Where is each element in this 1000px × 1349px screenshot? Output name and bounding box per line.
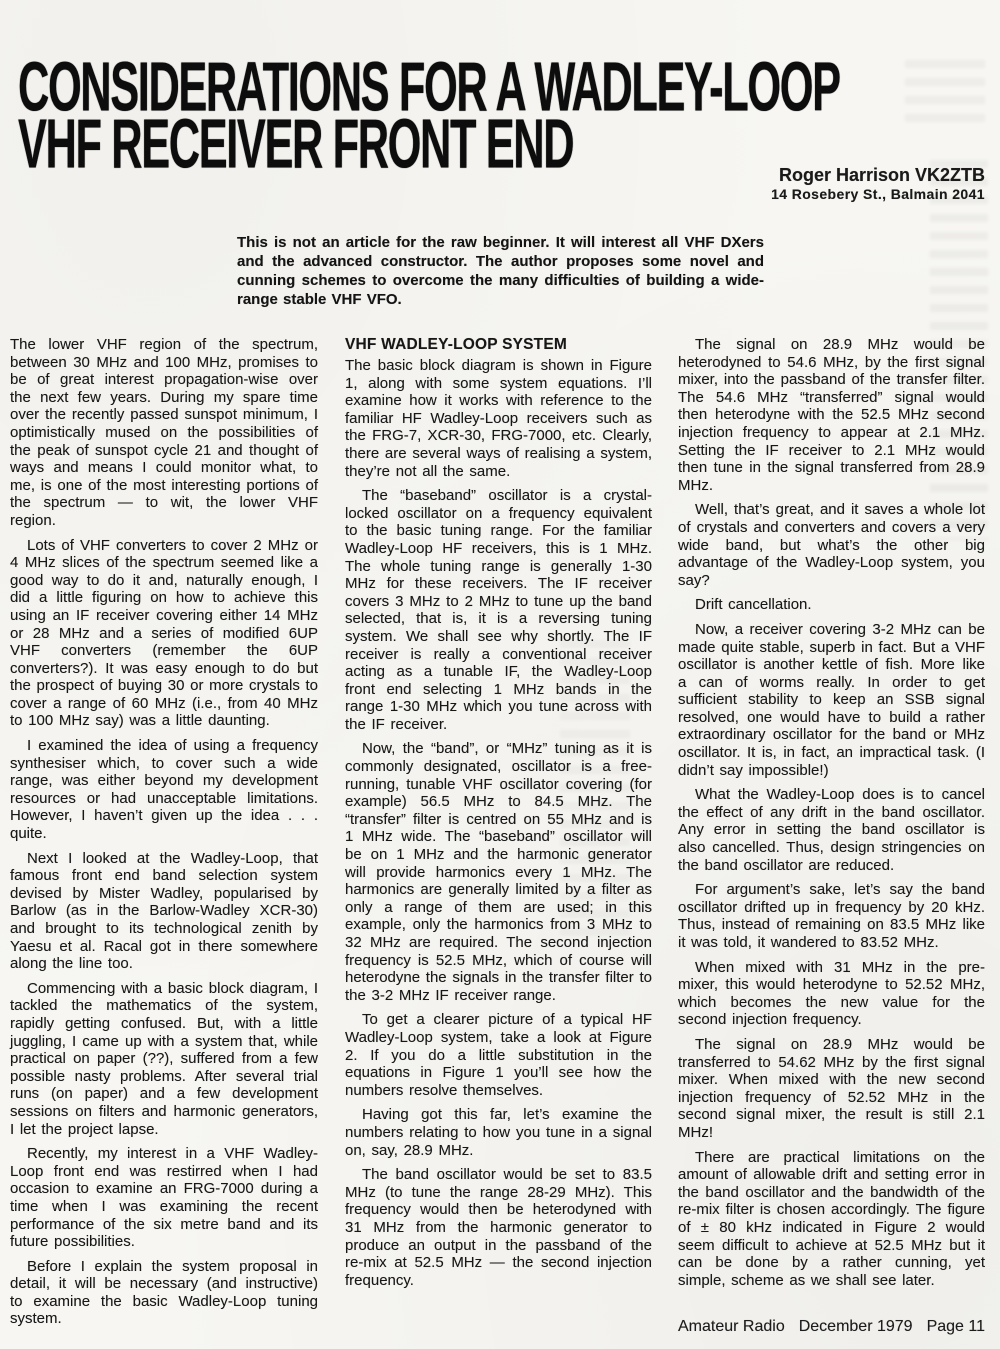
author-name: Roger Harrison VK2ZTB	[771, 165, 985, 186]
article-paragraph: I examined the idea of using a frequency…	[10, 737, 318, 843]
article-paragraph: Commencing with a basic block diagram, I…	[10, 980, 318, 1138]
article-paragraph: Recently, my interest in a VHF Wadley-Lo…	[10, 1145, 318, 1251]
section-heading: VHF WADLEY-LOOP SYSTEM	[345, 336, 652, 354]
article-paragraph: The band oscillator would be set to 83.5…	[345, 1166, 652, 1289]
article-paragraph: What the Wadley-Loop does is to cancel t…	[678, 786, 985, 874]
article-title-line1: CONSIDERATIONS FOR A WADLEY-LOOP	[18, 48, 840, 112]
byline: Roger Harrison VK2ZTB 14 Rosebery St., B…	[771, 165, 985, 203]
page-footer: Amateur Radio December 1979 Page 11	[678, 1318, 985, 1336]
article-paragraph: Drift cancellation.	[678, 596, 985, 614]
article-title: CONSIDERATIONS FOR A WADLEY-LOOP VHF REC…	[18, 48, 1000, 162]
article-paragraph: For argument’s sake, let’s say the band …	[678, 881, 985, 951]
article-paragraph: When mixed with 31 MHz in the pre-mixer,…	[678, 959, 985, 1029]
author-address: 14 Rosebery St., Balmain 2041	[771, 186, 985, 203]
article-paragraph: Now, a receiver covering 3-2 MHz can be …	[678, 621, 985, 779]
article-paragraph: The signal on 28.9 MHz would be heterody…	[678, 336, 985, 494]
article-column-1: The lower VHF region of the spectrum, be…	[10, 336, 318, 1335]
article-column-2: VHF WADLEY-LOOP SYSTEM The basic block d…	[345, 336, 652, 1296]
article-title-line2: VHF RECEIVER FRONT END	[18, 105, 840, 169]
article-paragraph: Well, that’s great, and it saves a whole…	[678, 501, 985, 589]
magazine-page: CONSIDERATIONS FOR A WADLEY-LOOP VHF REC…	[0, 0, 1000, 1349]
article-paragraph: Lots of VHF converters to cover 2 MHz or…	[10, 537, 318, 731]
article-paragraph: The “baseband” oscillator is a crystal-l…	[345, 487, 652, 733]
article-paragraph: Now, the “band”, or “MHz” tuning as it i…	[345, 740, 652, 1004]
article-paragraph: There are practical limitations on the a…	[678, 1149, 985, 1290]
article-paragraph: Having got this far, let’s examine the n…	[345, 1106, 652, 1159]
article-paragraph: Next I looked at the Wadley-Loop, that f…	[10, 850, 318, 973]
article-standfirst: This is not an article for the raw begin…	[237, 233, 764, 309]
article-paragraph: The basic block diagram is shown in Figu…	[345, 357, 652, 480]
footer-magazine-name: Amateur Radio	[678, 1318, 785, 1336]
footer-issue-date: December 1979	[799, 1318, 913, 1336]
footer-page-number: Page 11	[927, 1318, 985, 1336]
article-paragraph: The signal on 28.9 MHz would be transfer…	[678, 1036, 985, 1142]
article-paragraph: To get a clearer picture of a typical HF…	[345, 1011, 652, 1099]
article-paragraph: The lower VHF region of the spectrum, be…	[10, 336, 318, 530]
article-paragraph: Before I explain the system proposal in …	[10, 1258, 318, 1328]
article-column-3: The signal on 28.9 MHz would be heterody…	[678, 336, 985, 1296]
